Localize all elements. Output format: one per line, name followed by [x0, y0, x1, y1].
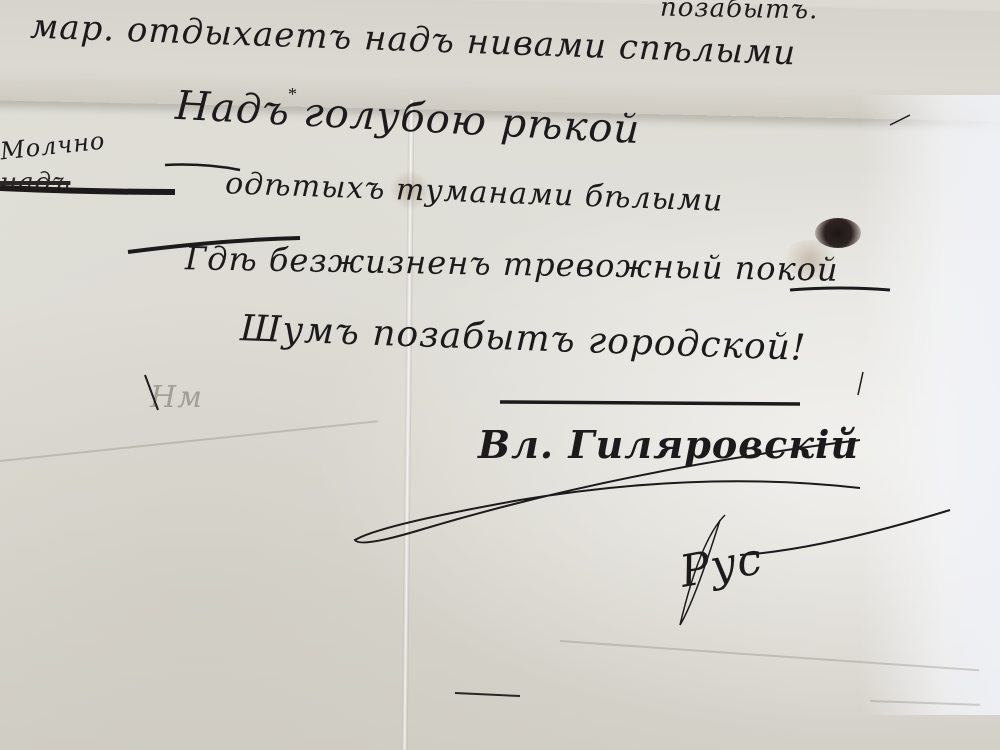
pen-mark: [455, 693, 520, 696]
poem-line-3: Гдѣ безжизненъ тревожный покой: [185, 239, 839, 288]
faint-mark: Нм: [150, 380, 203, 415]
signature: Вл. Гиляровскій: [478, 422, 859, 467]
poem-line-4: Шумъ позабытъ городской!: [239, 308, 807, 369]
partial-word-top: позабытъ.: [660, 0, 819, 25]
paper-crease: [0, 420, 378, 462]
manuscript-photo: позабытъ. мар. отдыхаетъ надъ нивами спѣ…: [0, 0, 1000, 750]
poem-line-2: одѣтыхъ туманами бѣлыми: [225, 166, 724, 218]
light-glare: [860, 95, 1000, 715]
signature-overline: [500, 402, 800, 404]
margin-note: Молчно: [0, 127, 107, 166]
struck-word: надъ: [0, 168, 70, 198]
ink-blot: [815, 218, 861, 248]
second-signature: Рус: [676, 533, 766, 598]
